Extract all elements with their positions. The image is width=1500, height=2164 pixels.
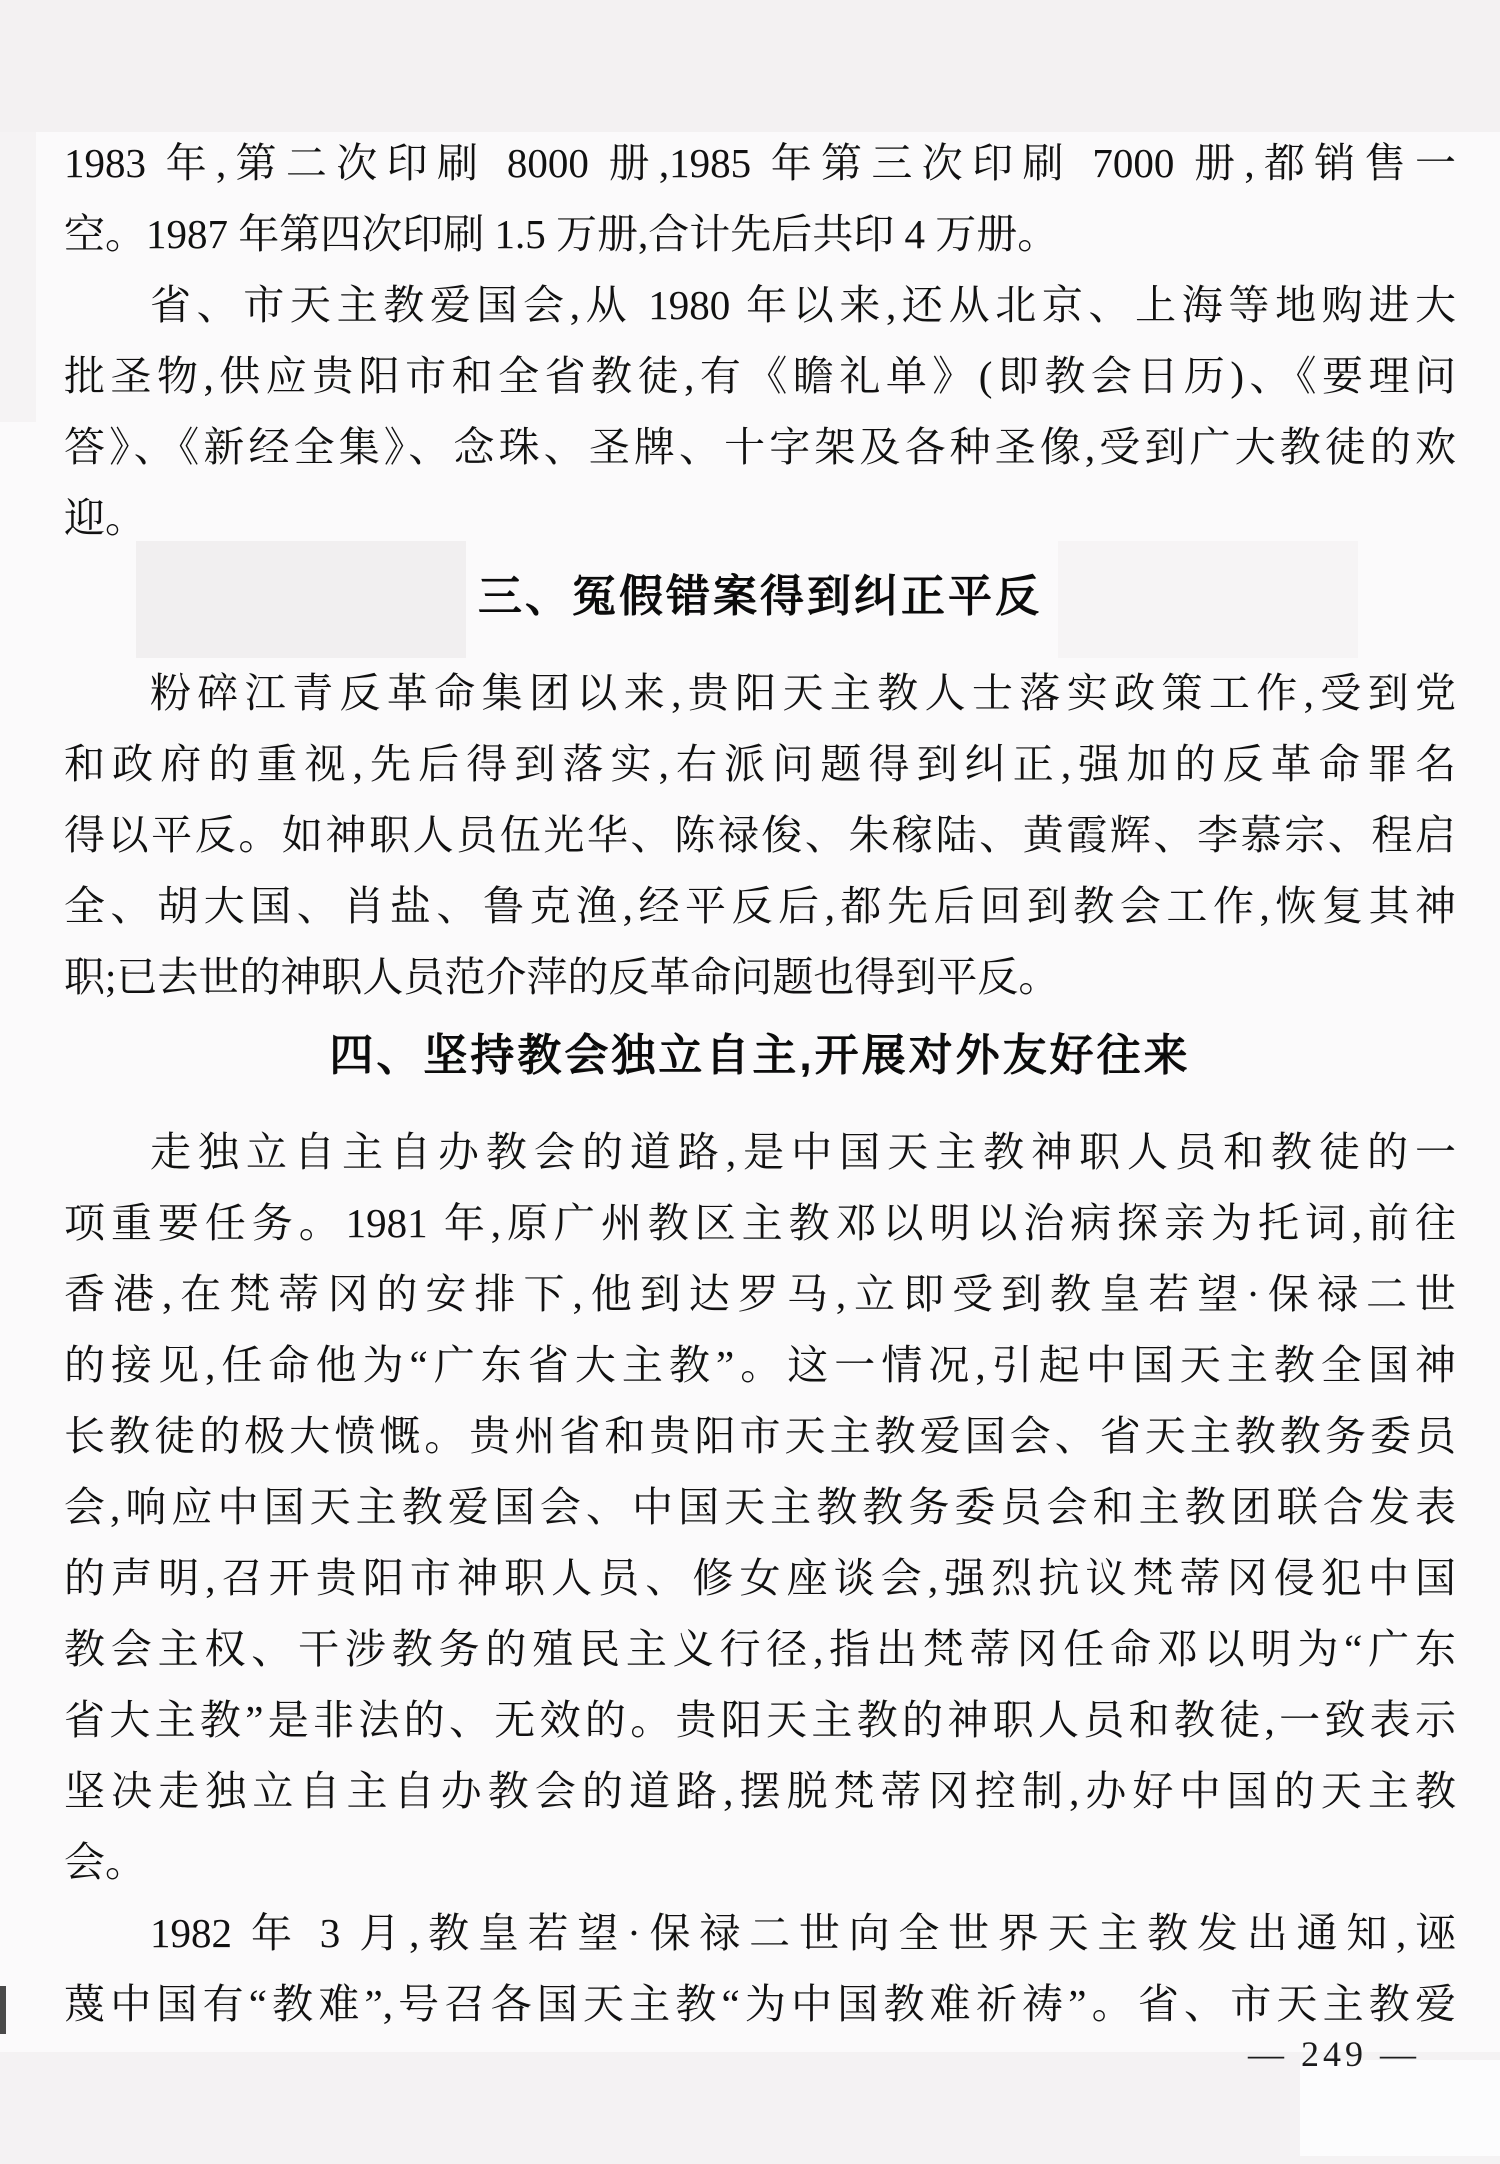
text-line: 香港,在梵蒂冈的安排下,他到达罗马,立即受到教皇若望·保禄二世 [64,1259,1456,1330]
text-line: 省、市天主教爱国会,从 1980 年以来,还从北京、上海等地购进大 [64,270,1456,341]
scan-artifact [1300,2060,1500,2156]
text-line: 全、胡大国、肖盐、鲁克渔,经平反后,都先后回到教会工作,恢复其神 [64,871,1456,942]
text-line: 会。 [64,1827,1456,1898]
scanned-page: 1983 年,第二次印刷 8000 册,1985 年第三次印刷 7000 册,都… [0,0,1500,2164]
text-line: 迎。 [64,483,1456,554]
text-line: 省大主教”是非法的、无效的。贵阳天主教的神职人员和教徒,一致表示 [64,1685,1456,1756]
text-line: 得以平反。如神职人员伍光华、陈禄俊、朱稼陆、黄霞辉、李慕宗、程启 [64,800,1456,871]
text-line: 空。1987 年第四次印刷 1.5 万册,合计先后共印 4 万册。 [64,199,1456,270]
text-line: 项重要任务。1981 年,原广州教区主教邓以明以治病探亲为托词,前往 [64,1188,1456,1259]
scan-artifact [0,132,36,422]
text-line: 答》、《新经全集》、念珠、圣牌、十字架及各种圣像,受到广大教徒的欢 [64,412,1456,483]
section-heading: 三、冤假错案得到纠正平反 [64,568,1456,626]
text-line: 长教徒的极大愤慨。贵州省和贵阳市天主教爱国会、省天主教教务委员 [64,1401,1456,1472]
text-line: 和政府的重视,先后得到落实,右派问题得到纠正,强加的反革命罪名 [64,729,1456,800]
text-line: 会,响应中国天主教爱国会、中国天主教教务委员会和主教团联合发表 [64,1472,1456,1543]
text-line: 1983 年,第二次印刷 8000 册,1985 年第三次印刷 7000 册,都… [64,128,1456,199]
text-line: 教会主权、干涉教务的殖民主义行径,指出梵蒂冈任命邓以明为“广东 [64,1614,1456,1685]
section-heading: 四、坚持教会独立自主,开展对外友好往来 [64,1027,1456,1085]
text-line: 的接见,任命他为“广东省大主教”。这一情况,引起中国天主教全国神 [64,1330,1456,1401]
page-number: — 249 — [1248,2034,1420,2074]
text-line: 蔑中国有“教难”,号召各国天主教“为中国教难祈祷”。省、市天主教爱 [64,1969,1456,2040]
scan-artifact [0,0,1500,132]
page-text: 1983 年,第二次印刷 8000 册,1985 年第三次印刷 7000 册,都… [64,128,1456,2040]
text-line: 1982 年 3 月,教皇若望·保禄二世向全世界天主教发出通知,诬 [64,1898,1456,1969]
text-line: 批圣物,供应贵阳市和全省教徒,有《瞻礼单》(即教会日历)、《要理问 [64,341,1456,412]
text-line: 坚决走独立自主自办教会的道路,摆脱梵蒂冈控制,办好中国的天主教 [64,1756,1456,1827]
text-line: 粉碎江青反革命集团以来,贵阳天主教人士落实政策工作,受到党 [64,658,1456,729]
text-line: 职;已去世的神职人员范介萍的反革命问题也得到平反。 [64,942,1456,1013]
text-line: 走独立自主自办教会的道路,是中国天主教神职人员和教徒的一 [64,1117,1456,1188]
text-line: 的声明,召开贵阳市神职人员、修女座谈会,强烈抗议梵蒂冈侵犯中国 [64,1543,1456,1614]
scan-artifact [0,1986,6,2034]
